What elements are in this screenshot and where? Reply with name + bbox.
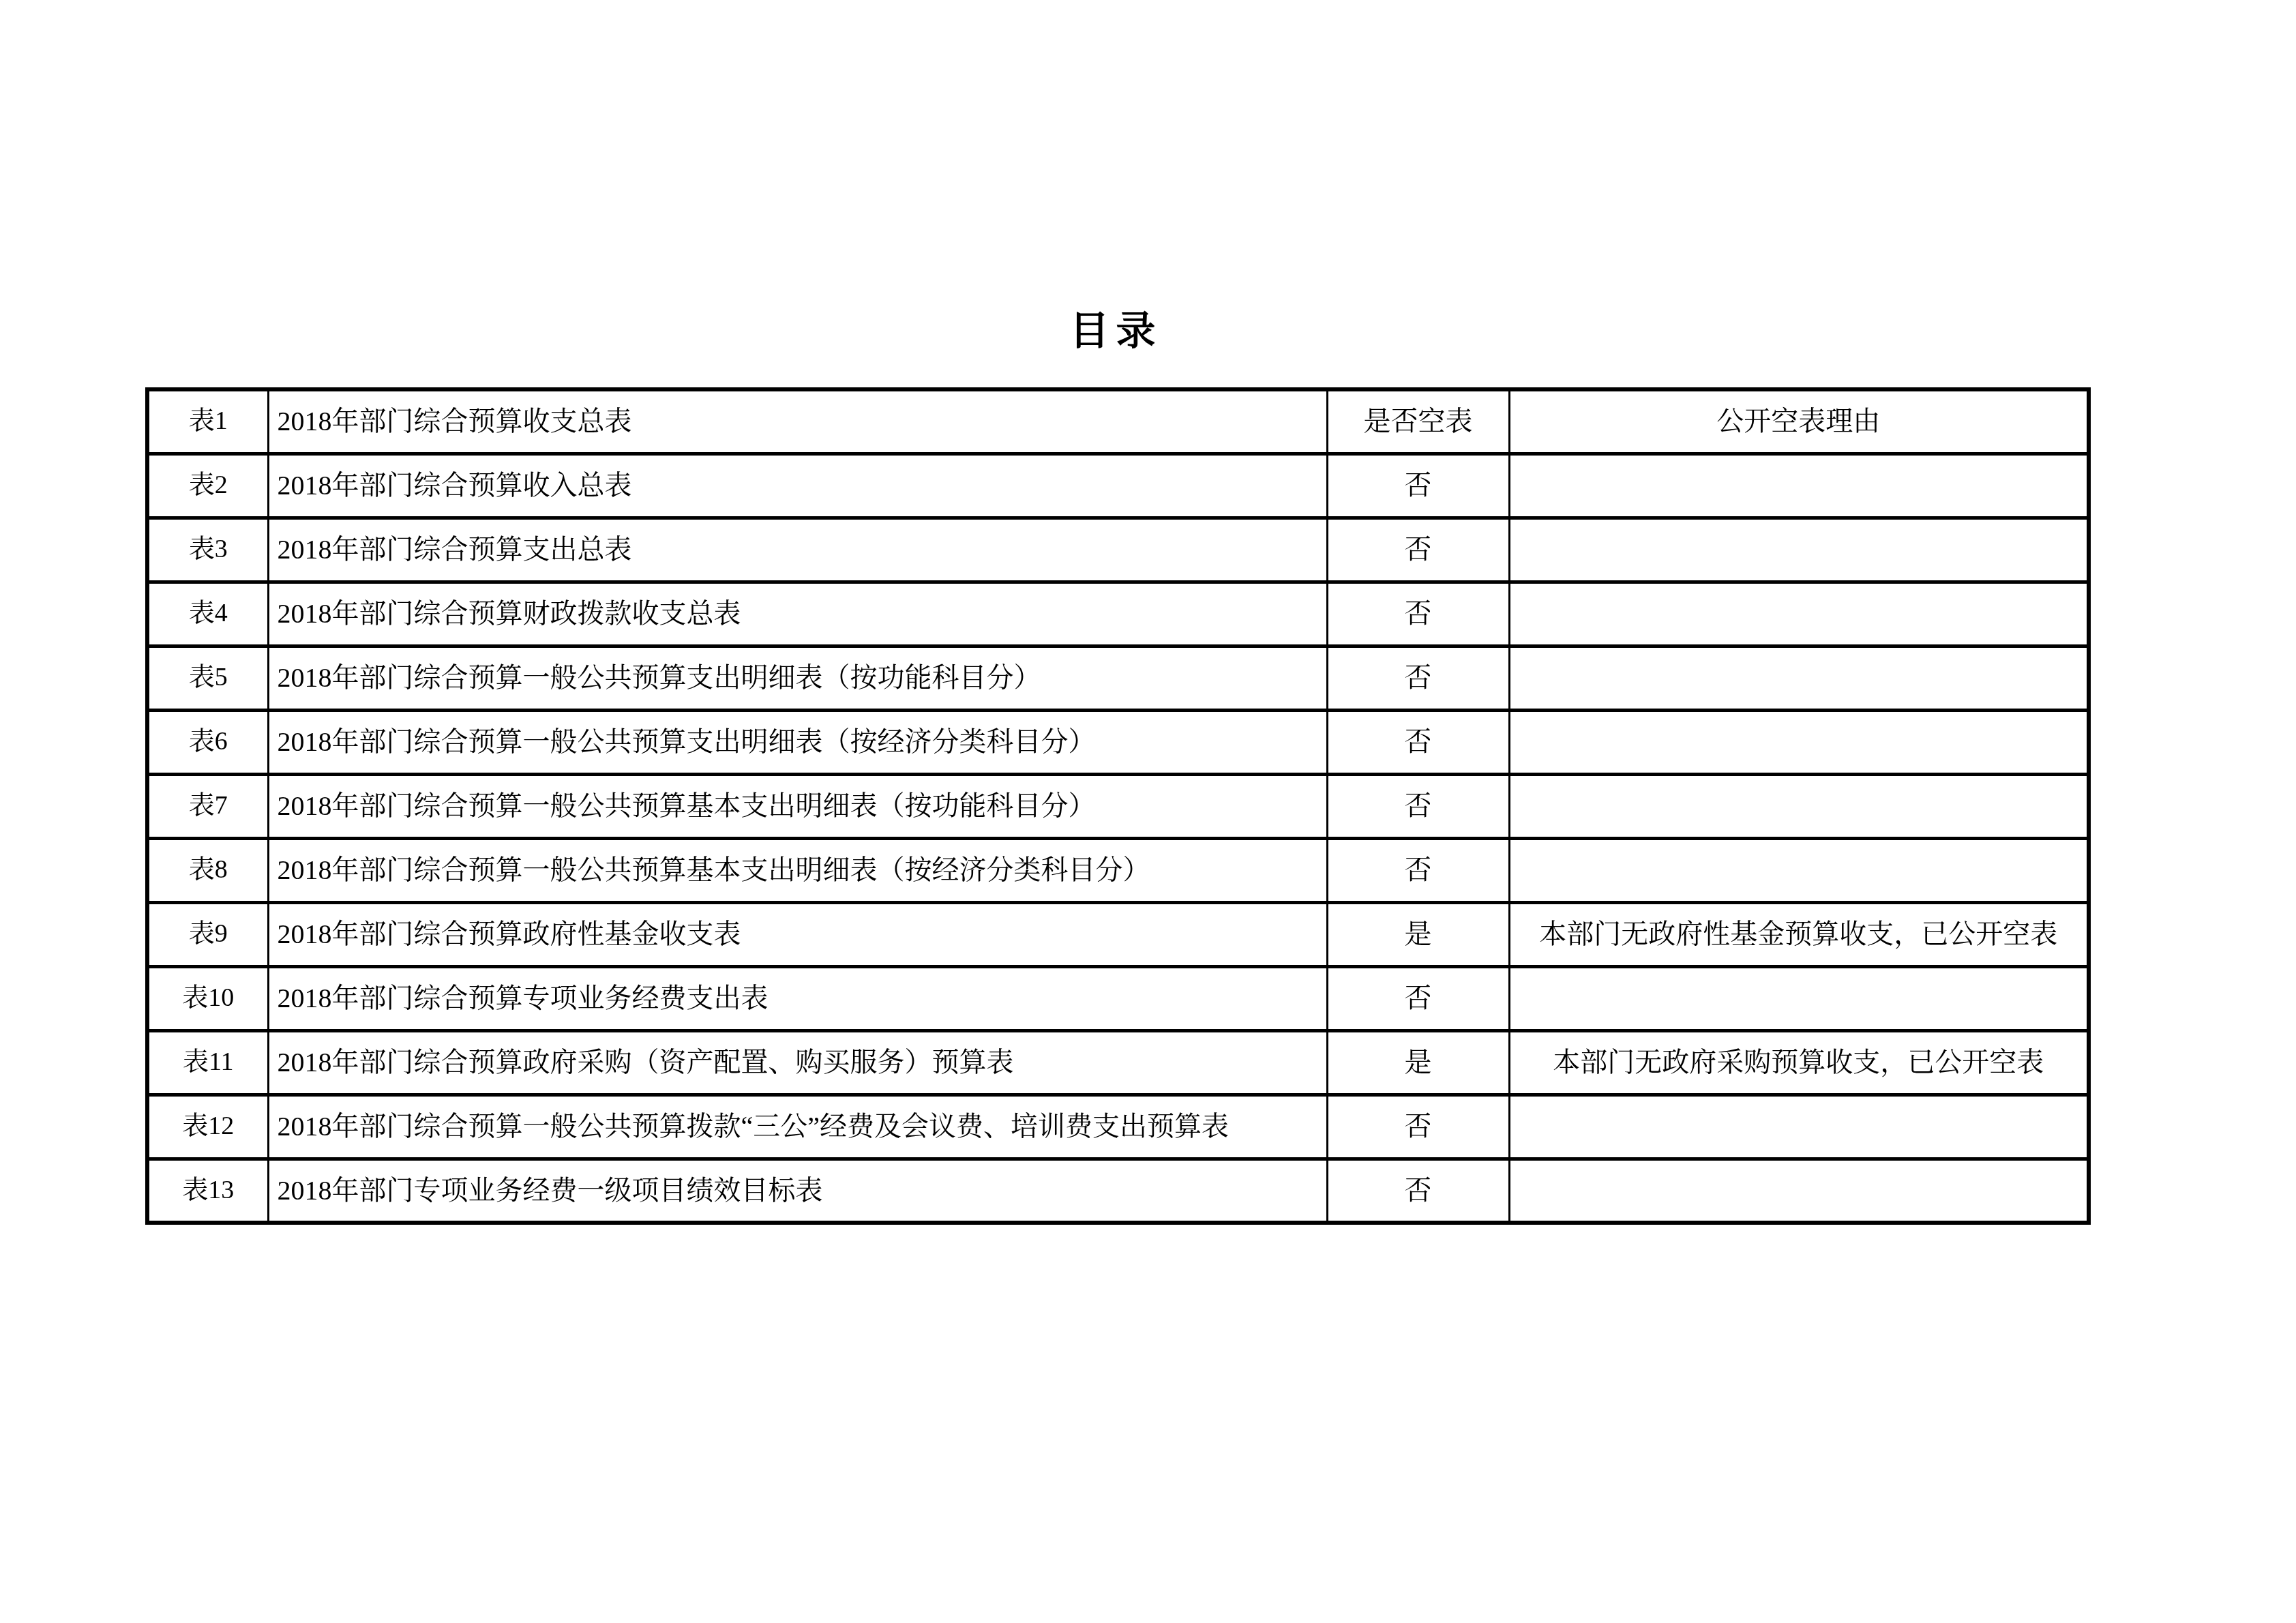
row-empty-flag-cell: 否 [1327,774,1509,838]
table-row: 表92018年部门综合预算政府性基金收支表是本部门无政府性基金预算收支，已公开空… [147,902,2089,966]
row-empty-flag-cell: 否 [1327,1095,1509,1159]
row-empty-flag-cell: 否 [1327,1159,1509,1223]
row-reason-cell [1509,1095,2089,1159]
row-empty-flag-cell: 是 [1327,1030,1509,1095]
row-reason-cell: 本部门无政府采购预算收支，已公开空表 [1509,1030,2089,1095]
row-index-cell: 表12 [147,1095,268,1159]
row-index-cell: 表13 [147,1159,268,1223]
table-row: 表72018年部门综合预算一般公共预算基本支出明细表（按功能科目分）否 [147,774,2089,838]
row-title-cell: 2018年部门综合预算收入总表 [268,453,1327,518]
row-index-cell: 表1 [147,389,268,453]
row-title-cell: 2018年部门综合预算政府采购（资产配置、购买服务）预算表 [268,1030,1327,1095]
row-reason-cell [1509,1159,2089,1223]
row-reason-cell [1509,774,2089,838]
table-row: 表102018年部门综合预算专项业务经费支出表否 [147,966,2089,1030]
row-title-cell: 2018年部门综合预算一般公共预算基本支出明细表（按功能科目分） [268,774,1327,838]
row-index-cell: 表8 [147,838,268,902]
table-of-contents: 表12018年部门综合预算收支总表是否空表公开空表理由表22018年部门综合预算… [145,387,2091,1225]
table-row: 表62018年部门综合预算一般公共预算支出明细表（按经济分类科目分）否 [147,710,2089,774]
row-empty-flag-cell: 否 [1327,966,1509,1030]
row-reason-cell [1509,518,2089,582]
table-row: 表42018年部门综合预算财政拨款收支总表否 [147,582,2089,646]
row-title-cell: 2018年部门综合预算一般公共预算基本支出明细表（按经济分类科目分） [268,838,1327,902]
row-empty-flag-cell: 是 [1327,902,1509,966]
table-row: 表32018年部门综合预算支出总表否 [147,518,2089,582]
row-title-cell: 2018年部门综合预算财政拨款收支总表 [268,582,1327,646]
row-title-cell: 2018年部门综合预算专项业务经费支出表 [268,966,1327,1030]
row-index-cell: 表3 [147,518,268,582]
table-row: 表12018年部门综合预算收支总表是否空表公开空表理由 [147,389,2089,453]
row-empty-flag-cell: 否 [1327,582,1509,646]
row-empty-flag-cell: 否 [1327,710,1509,774]
column-header-cell: 公开空表理由 [1509,389,2089,453]
row-empty-flag-cell: 否 [1327,646,1509,710]
row-empty-flag-cell: 否 [1327,838,1509,902]
table-row: 表122018年部门综合预算一般公共预算拨款“三公”经费及会议费、培训费支出预算… [147,1095,2089,1159]
row-index-cell: 表5 [147,646,268,710]
row-title-cell: 2018年部门综合预算一般公共预算支出明细表（按经济分类科目分） [268,710,1327,774]
row-reason-cell [1509,646,2089,710]
row-reason-cell [1509,453,2089,518]
row-index-cell: 表4 [147,582,268,646]
table-row: 表132018年部门专项业务经费一级项目绩效目标表否 [147,1159,2089,1223]
row-reason-cell: 本部门无政府性基金预算收支，已公开空表 [1509,902,2089,966]
row-empty-flag-cell: 否 [1327,518,1509,582]
row-title-cell: 2018年部门综合预算一般公共预算支出明细表（按功能科目分） [268,646,1327,710]
row-index-cell: 表10 [147,966,268,1030]
row-index-cell: 表11 [147,1030,268,1095]
row-title-cell: 2018年部门综合预算收支总表 [268,389,1327,453]
row-title-cell: 2018年部门综合预算支出总表 [268,518,1327,582]
row-reason-cell [1509,582,2089,646]
row-empty-flag-cell: 否 [1327,453,1509,518]
row-reason-cell [1509,710,2089,774]
table-row: 表22018年部门综合预算收入总表否 [147,453,2089,518]
table-row: 表112018年部门综合预算政府采购（资产配置、购买服务）预算表是本部门无政府采… [147,1030,2089,1095]
row-title-cell: 2018年部门综合预算政府性基金收支表 [268,902,1327,966]
row-index-cell: 表2 [147,453,268,518]
row-title-cell: 2018年部门综合预算一般公共预算拨款“三公”经费及会议费、培训费支出预算表 [268,1095,1327,1159]
toc-table-body: 表12018年部门综合预算收支总表是否空表公开空表理由表22018年部门综合预算… [147,389,2089,1223]
row-title-cell: 2018年部门专项业务经费一级项目绩效目标表 [268,1159,1327,1223]
row-index-cell: 表7 [147,774,268,838]
row-index-cell: 表9 [147,902,268,966]
row-index-cell: 表6 [147,710,268,774]
page-title: 目录 [145,306,2087,357]
column-header-cell: 是否空表 [1327,389,1509,453]
table-row: 表52018年部门综合预算一般公共预算支出明细表（按功能科目分）否 [147,646,2089,710]
row-reason-cell [1509,966,2089,1030]
row-reason-cell [1509,838,2089,902]
table-row: 表82018年部门综合预算一般公共预算基本支出明细表（按经济分类科目分）否 [147,838,2089,902]
